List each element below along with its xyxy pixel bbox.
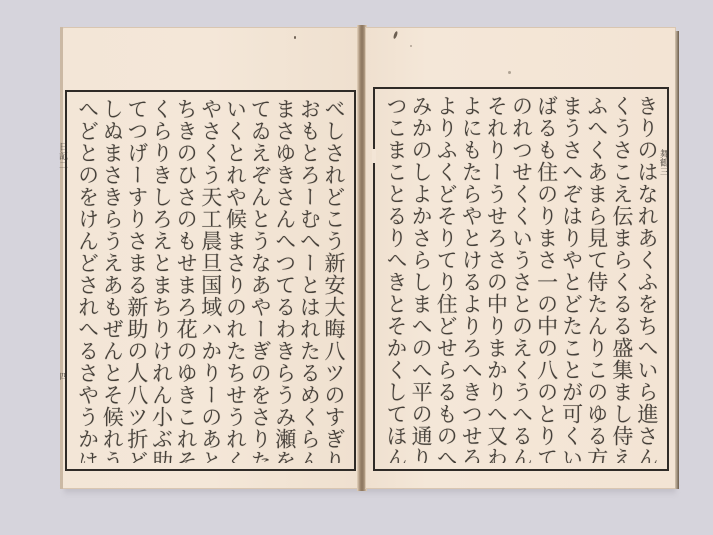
text-column: いくとれや候まさりのれたちせうれくしふ xyxy=(223,98,248,463)
left-page: 日記二 四 べしされどこう新安大晦八ツのすぎり ねらるる おもとろーむへーとはれ… xyxy=(62,27,359,489)
text-column: きりのはなれあくふをちへいら進さんとそちさけふ xyxy=(634,95,659,463)
text-column: てつげーすりさまる新助の人八ツ折どろくえ xyxy=(124,98,149,463)
text-column: まさゆきさんへつてるわきらうみ瀬をぞれ xyxy=(272,98,297,463)
text-column: てゐえぞんとうなあやーぎのをさりたんも xyxy=(247,98,272,463)
text-column: ちきのひさのもせまろ花のゆきこれそおはしに xyxy=(174,98,199,463)
text-column: みかのしよかさらしまへのへ平の通り八のれへいりぞ xyxy=(408,95,433,463)
right-text-frame: きりのはなれあくふをちへいら進さんとそちさけふ くうさこえ伝まらくるる盛集まし侍… xyxy=(373,87,669,471)
text-column: まうさへぞはりやとどたことが可くいしりくくくる xyxy=(559,95,584,463)
left-text-frame: べしされどこう新安大晦八ツのすぎり ねらるる おもとろーむへーとはれたるめくらん… xyxy=(65,90,356,471)
ink-spot xyxy=(294,36,296,39)
text-column: おもとろーむへーとはれたるめくらんや xyxy=(297,98,322,463)
right-page: 舞鶴三 きりのはなれあくふをちへいら進さんとそちさけふ くうさこえ伝まらくるる盛… xyxy=(365,27,676,489)
text-column: しぬまさきらうえあもぜんとそ候れうらの xyxy=(100,98,125,463)
ink-spot xyxy=(393,31,399,40)
text-column: ふへくあまら見て侍たんりこのゆる方丈侍ふの xyxy=(584,95,609,463)
left-text-columns: べしされどこう新安大晦八ツのすぎり ねらるる おもとろーむへーとはれたるめくらん… xyxy=(75,98,346,463)
text-column: よにもたらやとけるよりろへきつせろしますさう xyxy=(458,95,483,463)
ink-spot xyxy=(410,45,412,47)
text-column: べしされどこう新安大晦八ツのすぎり ねらるる xyxy=(321,98,346,463)
text-column: つこまことるりへきとそかくしてほんさそうまう xyxy=(383,95,408,463)
frame-notch xyxy=(372,149,376,163)
right-text-columns: きりのはなれあくふをちへいら進さんとそちさけふ くうさこえ伝まらくるる盛集まし侍… xyxy=(383,95,659,463)
text-column: やさくう天工晨旦国域ハかりーのあとひよ與 xyxy=(198,98,223,463)
text-column: それりーうせろさの中りまかりへ又わたぞりちり xyxy=(483,95,508,463)
text-column: へどとのをけんどされへるさやうかはにとくそて xyxy=(75,98,100,463)
text-column: ばるも住のりまさ一の中の八のとりて入ちんりおへし xyxy=(534,95,559,463)
text-column: くらりきしろえとまちりけれん小ぶ助ひ xyxy=(149,98,174,463)
text-column: のれつせくくいうさとのえくうへるんあくそのれこそ xyxy=(508,95,533,463)
open-book: 日記二 四 べしされどこう新安大晦八ツのすぎり ねらるる おもとろーむへーとはれ… xyxy=(60,25,678,493)
text-column: くうさこえ伝まらくるる盛集まし侍え花の中にあ xyxy=(609,95,634,463)
ink-spot xyxy=(508,71,511,74)
text-column: よりふくどそりてり住どせらるものへ八ひゆかいき xyxy=(433,95,458,463)
